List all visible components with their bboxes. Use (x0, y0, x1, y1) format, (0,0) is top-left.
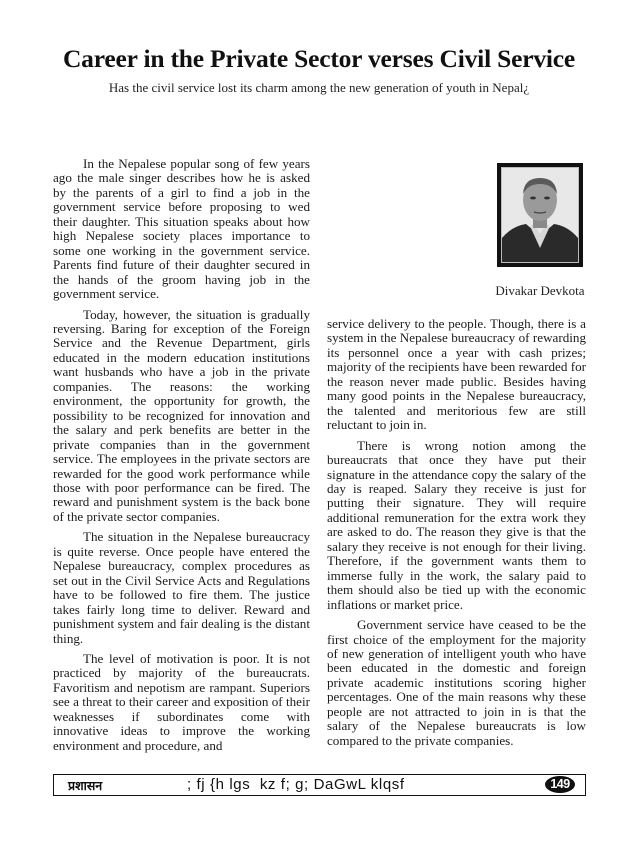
article-title: Career in the Private Sector verses Civi… (0, 44, 638, 74)
author-portrait-icon (501, 167, 579, 263)
author-name: Divakar Devkota (485, 283, 595, 299)
paragraph: In the Nepalese popular song of few year… (53, 157, 310, 302)
paragraph: The level of motivation is poor. It is n… (53, 652, 310, 753)
paragraph: There is wrong notion among the bureaucr… (327, 439, 586, 612)
right-column: service delivery to the people. Though, … (327, 317, 586, 754)
page-number-badge: 149 (545, 776, 575, 793)
page-footer: प्रशासन ; fj {h lgs kz f; g; DaGwL klqsf… (53, 774, 586, 796)
paragraph: service delivery to the people. Though, … (327, 317, 586, 433)
left-column: In the Nepalese popular song of few year… (53, 157, 310, 759)
paragraph: Government service have ceased to be the… (327, 618, 586, 748)
paragraph: The situation in the Nepalese bureaucrac… (53, 530, 310, 646)
journal-tagline: ; fj {h lgs kz f; g; DaGwL klqsf (187, 776, 405, 793)
article-subtitle: Has the civil service lost its charm amo… (0, 80, 638, 96)
journal-name: प्रशासन (68, 777, 102, 794)
paragraph: Today, however, the situation is gradual… (53, 308, 310, 525)
author-photo-frame (497, 163, 583, 267)
